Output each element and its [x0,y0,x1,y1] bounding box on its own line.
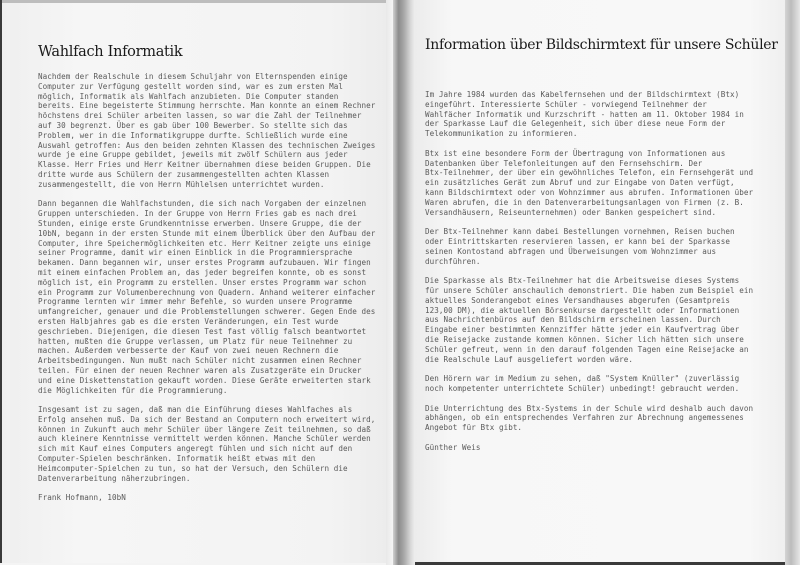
right-page-outer-edge [785,0,800,565]
paragraph: Der Btx-Teilnehmer kann dabei Bestellung… [425,227,760,266]
right-page: Information über Bildschirmtext für unse… [415,0,785,563]
left-page: Wahlfach Informatik Nachdem der Realschu… [0,0,388,563]
paragraph: Insgesamt ist zu sagen, daß man die Einf… [38,405,373,483]
paragraph: Dann begannen die Wahlfachstunden, die s… [38,199,373,395]
right-page-body: Im Jahre 1984 wurden das Kabelfernsehen … [425,90,760,452]
paragraph: Den Hörern war im Medium zu sehen, daß "… [425,374,760,394]
left-page-body: Nachdem der Realschule in diesem Schulja… [38,72,373,503]
magazine-spread: Wahlfach Informatik Nachdem der Realschu… [0,0,800,565]
author-signature: Frank Hofmann, 10bN [38,493,373,503]
book-gutter [393,0,415,565]
paragraph: Btx ist eine besondere Form der Übertrag… [425,149,760,218]
author-signature: Günther Weis [425,443,760,453]
left-page-title: Wahlfach Informatik [38,44,182,60]
paragraph: Die Unterrichtung des Btx-Systems in der… [425,404,760,433]
paragraph: Nachdem der Realschule in diesem Schulja… [38,72,373,190]
paragraph: Im Jahre 1984 wurden das Kabelfernsehen … [425,90,760,139]
paragraph: Die Sparkasse als Btx-Teilnehmer hat die… [425,276,760,364]
right-page-title: Information über Bildschirmtext für unse… [425,37,778,53]
